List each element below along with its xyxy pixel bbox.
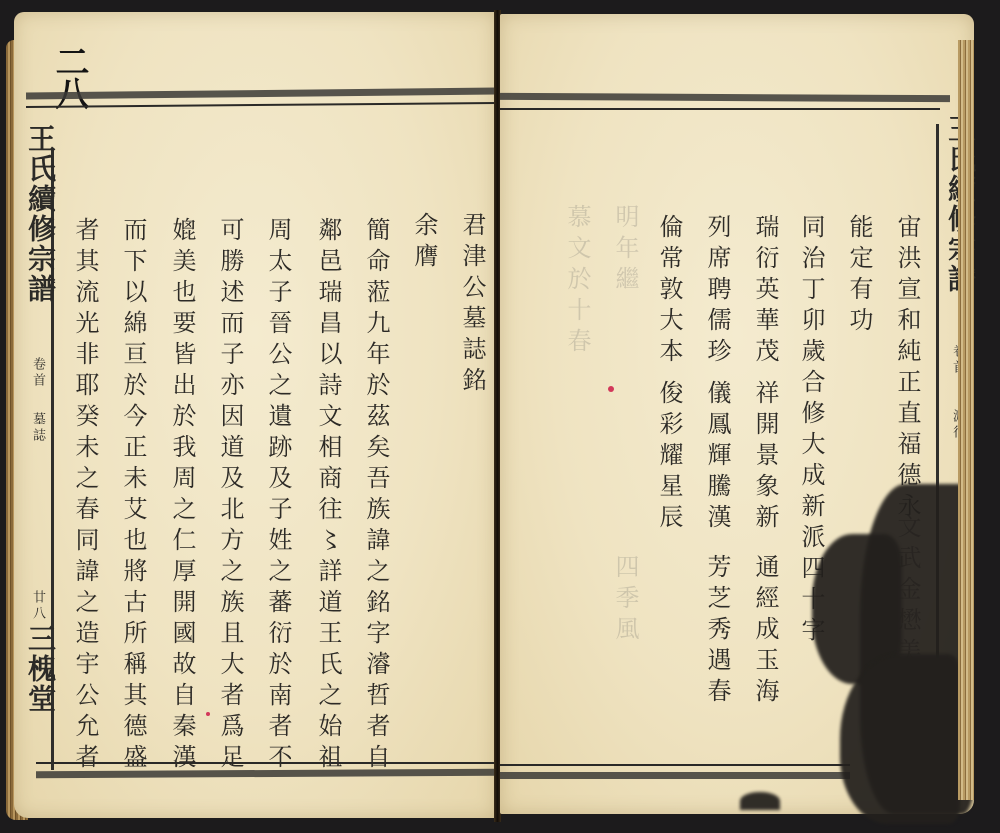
text-column: 鄰邑瑞昌以詩文相商往〻詳道王氏之始祖 [313, 217, 343, 775]
top-border-thin [500, 108, 940, 110]
verse-column-segment: 芳芝秀遇春 [702, 554, 732, 709]
verse-column-segment: 列席聘儒珍 [702, 214, 732, 369]
margin-volume: 卷首 [28, 357, 47, 389]
text-column: 周太子晉公之遺跡及子姓之蕃衍於南者不 [263, 217, 293, 775]
open-book: 二八 王氏續修宗譜 卷首 墓誌 廿八 三槐堂 君津公墓誌銘 余膺 簡命蒞九年於茲… [0, 0, 1000, 833]
verse-column-segment: 瑞衍英華茂 [750, 214, 780, 369]
text-column: 可勝述而子亦因道及北方之族且大者爲足 [215, 217, 245, 775]
ink-stain [840, 654, 960, 824]
text-column: 簡命蒞九年於茲矣吾族諱之銘字濬哲者自 [361, 217, 391, 775]
left-page: 二八 王氏續修宗譜 卷首 墓誌 廿八 三槐堂 君津公墓誌銘 余膺 簡命蒞九年於茲… [14, 12, 496, 818]
ink-stain [740, 792, 780, 810]
top-border-thick [26, 88, 496, 100]
verse-column-segment: 俊彩耀星辰 [654, 380, 684, 535]
bottom-border-thin [500, 764, 850, 766]
verse-column-segment: 儀鳳輝騰漢 [702, 380, 732, 535]
right-page-stack-edge [958, 40, 974, 800]
bleed-through-text: 明年繼 [610, 204, 640, 297]
red-ink-mark [206, 712, 210, 716]
margin-hall-name: 三槐堂 [20, 624, 60, 714]
text-column: 君津公墓誌銘 [457, 212, 487, 398]
text-column: 能定有功 [844, 214, 874, 338]
text-column: 媲美也要皆出於我周之仁厚開國故自秦漢 [167, 217, 197, 775]
text-column: 者其流光非耶癸未之春同諱之造宇公允者 [70, 217, 100, 775]
verse-column-segment: 通經成玉海 [750, 554, 780, 709]
right-page: 王氏續修宗譜 卷首 派行 明年繼 慕文於十春 四季風 宙洪宣和純正直福德永 能定… [500, 14, 974, 814]
bleed-through-text: 慕文於十春 [562, 204, 592, 359]
text-column: 而下以綿亘於今正未艾也將古所稱其德盛 [118, 217, 148, 775]
verse-column-segment: 祥開景象新 [750, 380, 780, 535]
top-border-thin [26, 102, 496, 108]
margin-folio: 廿八 [28, 590, 47, 622]
red-seal-dot [608, 386, 614, 392]
margin-section: 墓誌 [28, 412, 47, 444]
margin-title: 王氏續修宗譜 [20, 124, 60, 304]
top-border-thick [500, 93, 950, 102]
text-column: 宙洪宣和純正直福德永 [892, 214, 922, 524]
bottom-border-thick [500, 772, 850, 779]
verse-column-segment: 倫常敦大本 [654, 214, 684, 369]
text-column: 余膺 [409, 212, 439, 274]
bleed-through-text: 四季風 [610, 554, 640, 647]
